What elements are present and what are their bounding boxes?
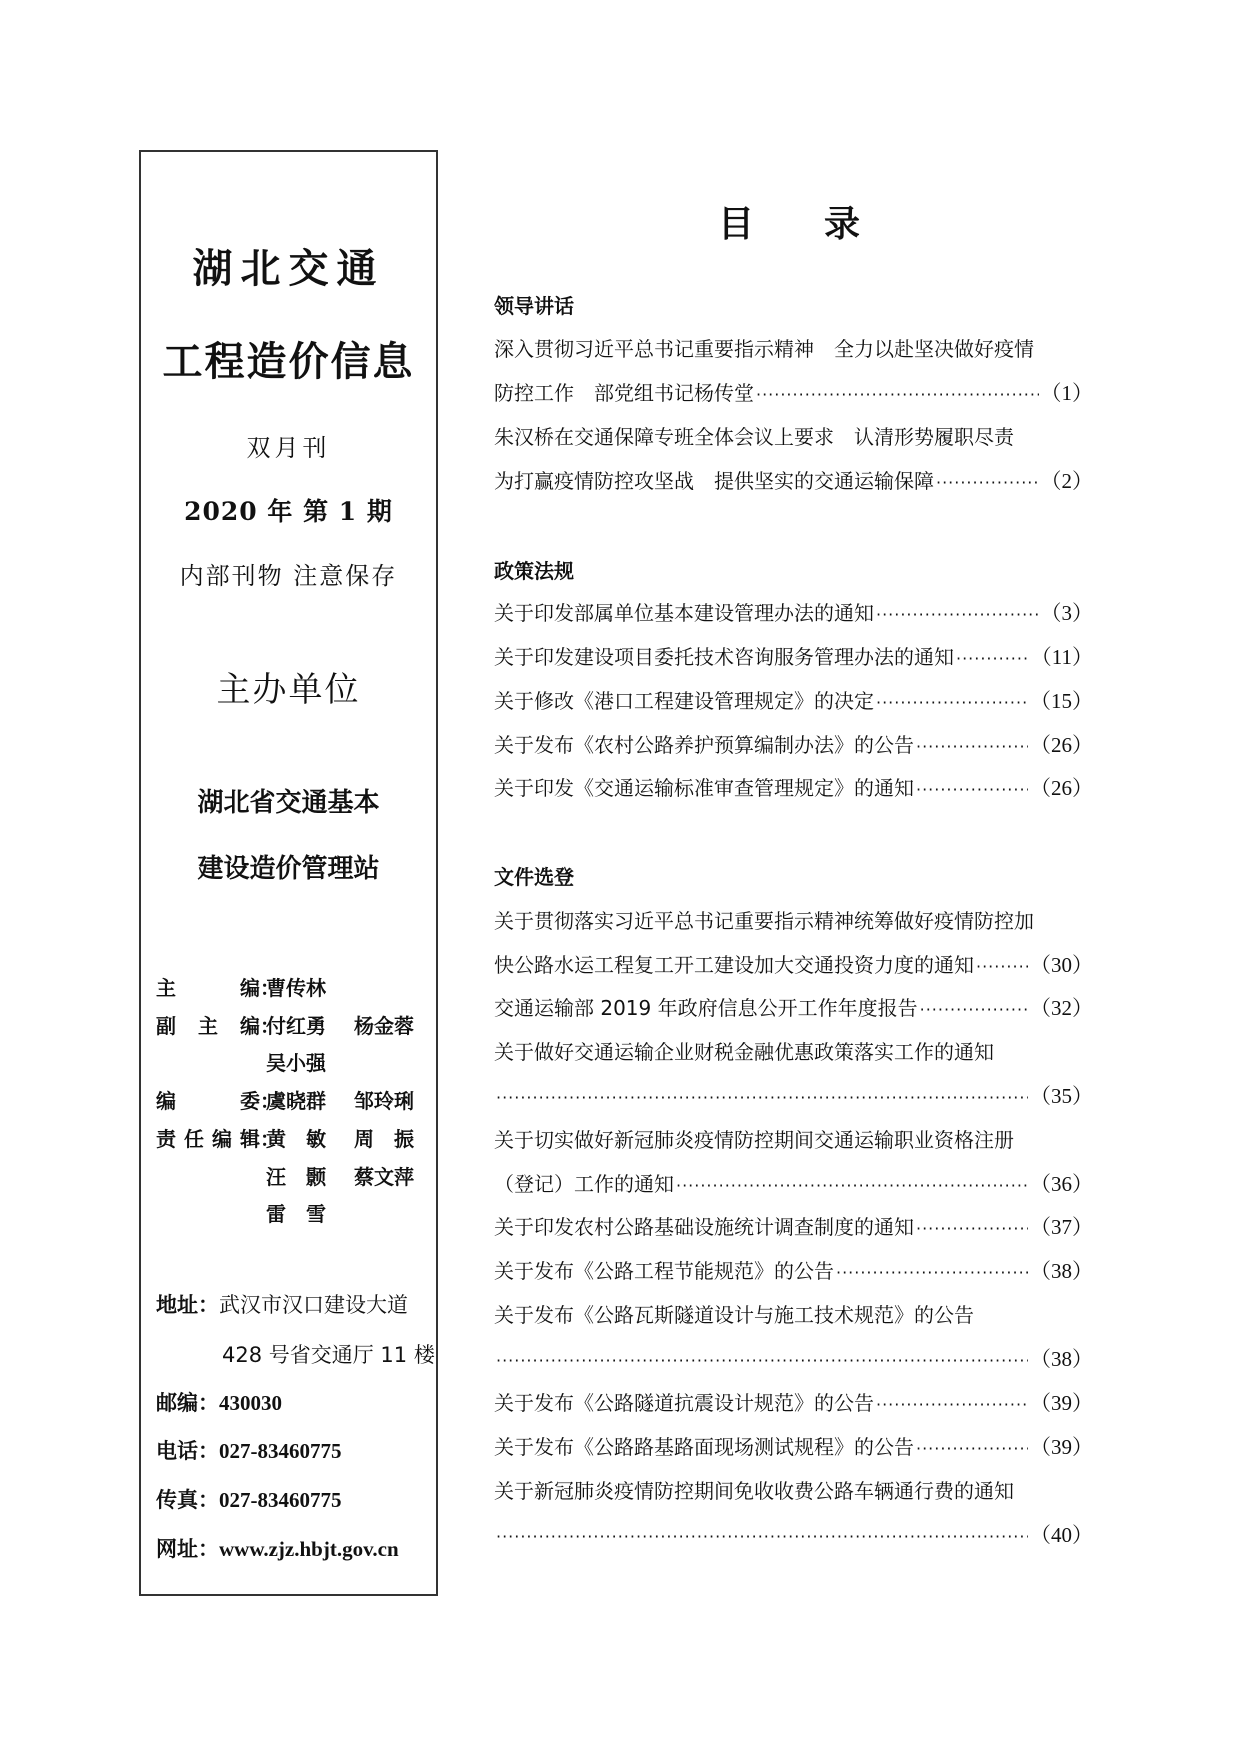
address-row-2: 428 号省交通厅 11 楼 [222, 1340, 435, 1370]
sponsor-org-line2: 建设造价管理站 [141, 848, 436, 885]
leader-dots [676, 1171, 1028, 1201]
toc-page-number: （35） [1030, 1081, 1093, 1111]
leader-dots [836, 1258, 1028, 1288]
staff-name: 蔡文萍 [354, 1163, 414, 1191]
toc-section-heading: 领导讲话 [494, 290, 574, 319]
phone-value: 027-83460775 [219, 1439, 342, 1463]
toc-entry-line[interactable]: 关于发布《农村公路养护预算编制办法》的公告 （26） [494, 730, 1093, 760]
toc-page-number: （26） [1030, 730, 1093, 760]
website-link[interactable]: www.zjz.hbjt.gov.cn [219, 1537, 399, 1561]
toc-entry-line[interactable]: （登记）工作的通知 （36） [494, 1169, 1093, 1199]
leader-dots [916, 1434, 1028, 1464]
leader-dots [756, 380, 1039, 410]
leader-dots [496, 1346, 1028, 1376]
toc-entry-line[interactable]: 关于印发农村公路基础设施统计调查制度的通知 （37） [494, 1212, 1093, 1242]
toc-entry-line[interactable]: 关于发布《公路工程节能规范》的公告 （38） [494, 1256, 1093, 1286]
toc-page-number: （37） [1030, 1212, 1093, 1242]
website-row: 网址：www.zjz.hbjt.gov.cn [156, 1534, 399, 1564]
toc-entry-line[interactable]: 关于修改《港口工程建设管理规定》的决定 （15） [494, 686, 1093, 716]
toc-page-number: （38） [1030, 1344, 1093, 1374]
address-label: 地址： [156, 1293, 219, 1317]
phone-label: 电话： [156, 1439, 219, 1463]
toc-entry-line[interactable]: 深入贯彻习近平总书记重要指示精神 全力以赴坚决做好疫情 [494, 334, 1093, 364]
toc-entry-line[interactable]: 快公路水运工程复工开工建设加大交通投资力度的通知 （30） [494, 950, 1093, 980]
toc-entry-line[interactable]: 关于发布《公路路基路面现场测试规程》的公告 （39） [494, 1432, 1093, 1462]
leader-dots [876, 600, 1039, 630]
magazine-title-line1: 湖北交通 [141, 237, 436, 294]
toc-entry-line[interactable]: 防控工作 部党组书记杨传堂 （1） [494, 378, 1093, 408]
toc-page-number: （30） [1030, 950, 1093, 980]
issue-number: 2020 年 第 1 期 [141, 492, 436, 528]
leader-dots [976, 952, 1028, 982]
postcode-value: 430030 [219, 1391, 282, 1415]
toc-page-number: （3） [1041, 598, 1094, 628]
leader-dots [916, 732, 1028, 762]
leader-dots [916, 775, 1028, 805]
fax-label: 传真： [156, 1488, 219, 1512]
staff-name: 虞晓群 [266, 1087, 326, 1115]
leader-dots [956, 644, 1029, 674]
staff-name: 曹传林 [266, 974, 326, 1002]
staff-name: 汪 颢 [266, 1163, 326, 1191]
sponsor-label: 主办单位 [141, 662, 436, 711]
staff-label: 编委 [156, 1087, 260, 1115]
staff-name: 邹玲琍 [354, 1087, 414, 1115]
leader-dots [876, 1390, 1028, 1420]
website-label: 网址： [156, 1537, 219, 1561]
toc-page-number: （32） [1030, 993, 1093, 1023]
phone-row: 电话：027-83460775 [156, 1436, 342, 1466]
toc-page-number: （26） [1030, 773, 1093, 803]
toc-entry-line[interactable]: 为打赢疫情防控攻坚战 提供坚实的交通运输保障 （2） [494, 466, 1093, 496]
fax-row: 传真：027-83460775 [156, 1485, 342, 1515]
toc-section-heading: 政策法规 [494, 555, 574, 584]
staff-name: 雷 雪 [266, 1200, 326, 1228]
toc-entry-line[interactable]: （38） [494, 1344, 1093, 1374]
address-line2: 428 号省交通厅 11 楼 [222, 1343, 435, 1367]
postcode-label: 邮编： [156, 1391, 219, 1415]
leader-dots [496, 1522, 1028, 1552]
staff-name: 付红勇 [266, 1012, 326, 1040]
staff-name: 杨金蓉 [354, 1012, 414, 1040]
staff-name: 吴小强 [266, 1049, 326, 1077]
toc-entry-line[interactable]: 关于贯彻落实习近平总书记重要指示精神统筹做好疫情防控加 [494, 906, 1093, 936]
toc-entry-line[interactable]: 关于发布《公路瓦斯隧道设计与施工技术规范》的公告 [494, 1300, 1093, 1330]
toc-page-number: （15） [1030, 686, 1093, 716]
publication-frequency: 双月刊 [141, 428, 436, 463]
leader-dots [916, 1214, 1028, 1244]
toc-page-number: （36） [1030, 1169, 1093, 1199]
toc-entry-line[interactable]: 关于印发《交通运输标准审查管理规定》的通知 （26） [494, 773, 1093, 803]
toc-page-number: （40） [1030, 1520, 1093, 1550]
toc-page-number: （1） [1041, 378, 1094, 408]
toc-entry-line[interactable]: 关于做好交通运输企业财税金融优惠政策落实工作的通知 [494, 1037, 1093, 1067]
staff-label: 责任编辑 [156, 1125, 260, 1153]
internal-notice: 内部刊物 注意保存 [141, 556, 436, 591]
postcode-row: 邮编：430030 [156, 1388, 282, 1418]
toc-page-number: （39） [1030, 1388, 1093, 1418]
sponsor-org-line1: 湖北省交通基本 [141, 782, 436, 819]
fax-value: 027-83460775 [219, 1488, 342, 1512]
toc-page-number: （11） [1031, 642, 1093, 672]
toc-page-number: （39） [1030, 1432, 1093, 1462]
toc-section-heading: 文件选登 [494, 861, 574, 890]
staff-label: 主编 [156, 974, 260, 1002]
leader-dots [936, 468, 1039, 498]
leader-dots [496, 1083, 1028, 1113]
staff-label: 副主编 [156, 1012, 260, 1040]
toc-page-number: （38） [1030, 1256, 1093, 1286]
toc-entry-line[interactable]: 关于印发部属单位基本建设管理办法的通知 （3） [494, 598, 1093, 628]
toc-entry-line[interactable]: 朱汉桥在交通保障专班全体会议上要求 认清形势履职尽责 [494, 422, 1093, 452]
leader-dots [920, 995, 1028, 1025]
cover-info-box: 湖北交通 工程造价信息 双月刊 2020 年 第 1 期 内部刊物 注意保存 主… [139, 150, 438, 1596]
staff-name: 黄 敏 [266, 1125, 326, 1153]
toc-entry-line[interactable]: 关于新冠肺炎疫情防控期间免收收费公路车辆通行费的通知 [494, 1476, 1093, 1506]
toc-page-number: （2） [1041, 466, 1094, 496]
toc-entry-line[interactable]: 关于切实做好新冠肺炎疫情防控期间交通运输职业资格注册 [494, 1125, 1093, 1155]
toc-entry-line[interactable]: 关于发布《公路隧道抗震设计规范》的公告 （39） [494, 1388, 1093, 1418]
toc-entry-line[interactable]: （35） [494, 1081, 1093, 1111]
magazine-title-line2: 工程造价信息 [141, 330, 436, 387]
staff-name: 周 振 [354, 1125, 414, 1153]
toc-entry-line[interactable]: 关于印发建设项目委托技术咨询服务管理办法的通知 （11） [494, 642, 1093, 672]
toc-title: 目录 [718, 196, 860, 247]
address-line1: 武汉市汉口建设大道 [219, 1293, 408, 1317]
toc-entry-line[interactable]: 交通运输部 2019 年政府信息公开工作年度报告 （32） [494, 993, 1093, 1023]
toc-entry-line[interactable]: （40） [494, 1520, 1093, 1550]
address-row: 地址：武汉市汉口建设大道 [156, 1290, 408, 1320]
leader-dots [876, 688, 1028, 718]
